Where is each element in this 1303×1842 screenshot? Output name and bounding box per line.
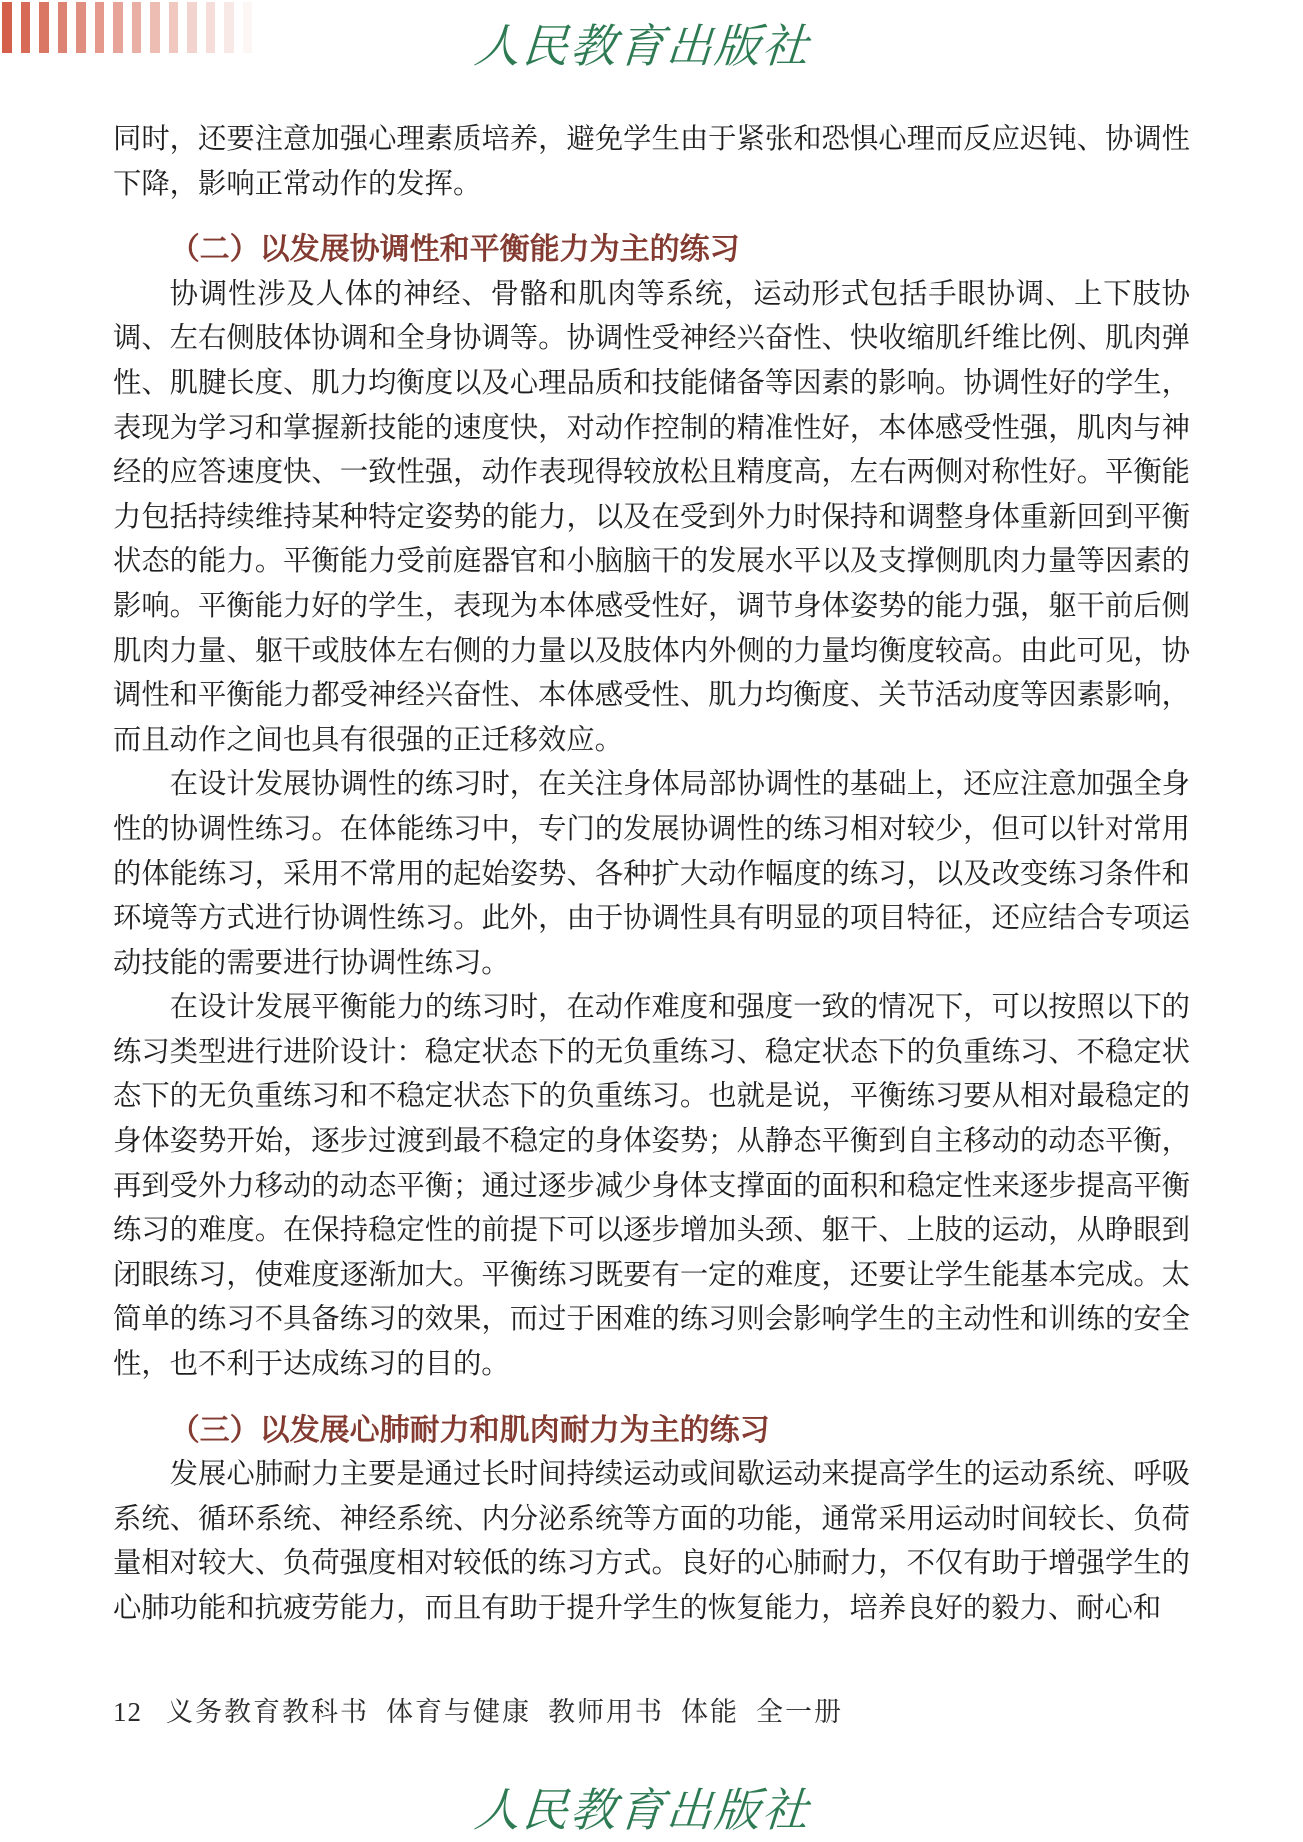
footer-booktype-label: 教师用书 [548, 1690, 664, 1729]
section-2-paragraph-1: 协调性涉及人体的神经、骨骼和肌肉等系统，运动形式包括手眼协调、上下肢协调、左右侧… [113, 273, 1190, 764]
footer-volume-label: 全一册 [756, 1690, 843, 1729]
footer-topic-label: 体能 [681, 1690, 739, 1729]
footer-subject-label: 体育与健康 [386, 1690, 531, 1729]
page-text-block: 同时，还要注意加强心理素质培养，避免学生由于紧张和恐惧心理而反应迟钝、协调性下降… [113, 118, 1190, 1632]
section-2-paragraph-2: 在设计发展协调性的练习时，在关注身体局部协调性的基础上，还应注意加强全身性的协调… [113, 763, 1190, 986]
section-3-paragraph-1: 发展心肺耐力主要是通过长时间持续运动或间歇运动来提高学生的运动系统、呼吸系统、循… [113, 1453, 1190, 1631]
paragraph-intro-continued: 同时，还要注意加强心理素质培养，避免学生由于紧张和恐惧心理而反应迟钝、协调性下降… [113, 118, 1190, 207]
section-2-heading: （二）以发展协调性和平衡能力为主的练习 [113, 228, 1190, 273]
publisher-logo-bottom: 人民教育出版社 [0, 1774, 1296, 1840]
book-page: 人民教育出版社 同时，还要注意加强心理素质培养，避免学生由于紧张和恐惧心理而反应… [0, 0, 1303, 1842]
footer-series-label: 义务教育教科书 [166, 1690, 369, 1729]
page-footer: 12 义务教育教科书 体育与健康 教师用书 体能 全一册 [113, 1690, 843, 1729]
section-3-heading: （三）以发展心肺耐力和肌肉耐力为主的练习 [113, 1409, 1190, 1454]
page-number: 12 [113, 1697, 142, 1728]
publisher-logo-top: 人民教育出版社 [0, 10, 1296, 76]
section-2-paragraph-3: 在设计发展平衡能力的练习时，在动作难度和强度一致的情况下，可以按照以下的练习类型… [113, 986, 1190, 1387]
